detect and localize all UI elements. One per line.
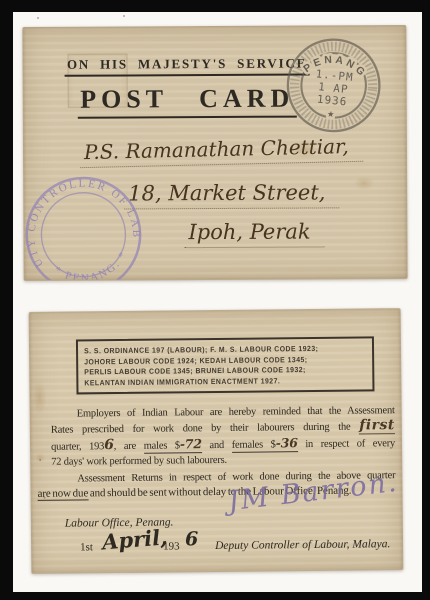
postcard-front: ON HIS MAJESTY'S SERVICE POST CARD PENAN… [22,25,407,281]
dust-speck [123,15,125,17]
address-line-3: Ipoh, Perak [184,219,324,248]
postcard-back: S. S. ORDINANCE 197 (LABOUR); F. M. S. L… [29,308,404,574]
foxing-stain [354,176,374,190]
datestamp-star-icon: ★ [327,109,335,120]
ordinance-box: S. S. ORDINANCE 197 (LABOUR); F. M. S. L… [76,336,375,394]
assessment-paragraph: Employers of Indian Labour are hereby re… [51,403,396,470]
dust-speck [39,459,41,461]
handwritten-quarter-word: first [359,417,395,434]
underlined-due-text: are now due [37,487,88,501]
paragraph-line: quarter, 1936, are males $-72 and female… [51,434,395,455]
paragraph-line: 72 days' work performed by such labourer… [51,451,395,470]
date-day: 1st [80,541,93,553]
signer-title: Deputy Controller of Labour, Malaya. [215,538,390,552]
dust-speck [37,17,39,19]
datestamp-year: 1936 [316,93,348,109]
females-rate-field: females $-36 [232,439,298,453]
handwritten-year-digit: 6 [185,528,198,550]
foxing-stain [32,381,46,415]
scan-background: ON HIS MAJESTY'S SERVICE POST CARD PENAN… [13,12,422,592]
handwritten-month: April, [101,524,168,554]
handwritten-year-digit: 6 [104,437,114,453]
handwritten-males-rate: -72 [180,436,202,451]
address-line-2: 18, Market Street, [124,180,339,209]
penang-datestamp: PENANG ★ 1.-PM 1 AP 1936 [277,28,391,142]
deputy-controller-cachet: DEPUTY CONTROLLER OF LABOUR * PENANG. * [22,158,160,281]
ordinance-line: KELANTAN INDIAN IMMIGRATION ENACTMENT 19… [84,375,344,388]
males-rate-field: males $-72 [144,440,202,454]
handwritten-females-rate: -36 [276,435,298,450]
ohms-text: ON HIS MAJESTY'S SERVICE [65,56,309,77]
date-year-print: 193 [163,540,180,552]
foxing-stain [35,453,45,463]
postcard-title-text: POST CARD [78,84,296,119]
